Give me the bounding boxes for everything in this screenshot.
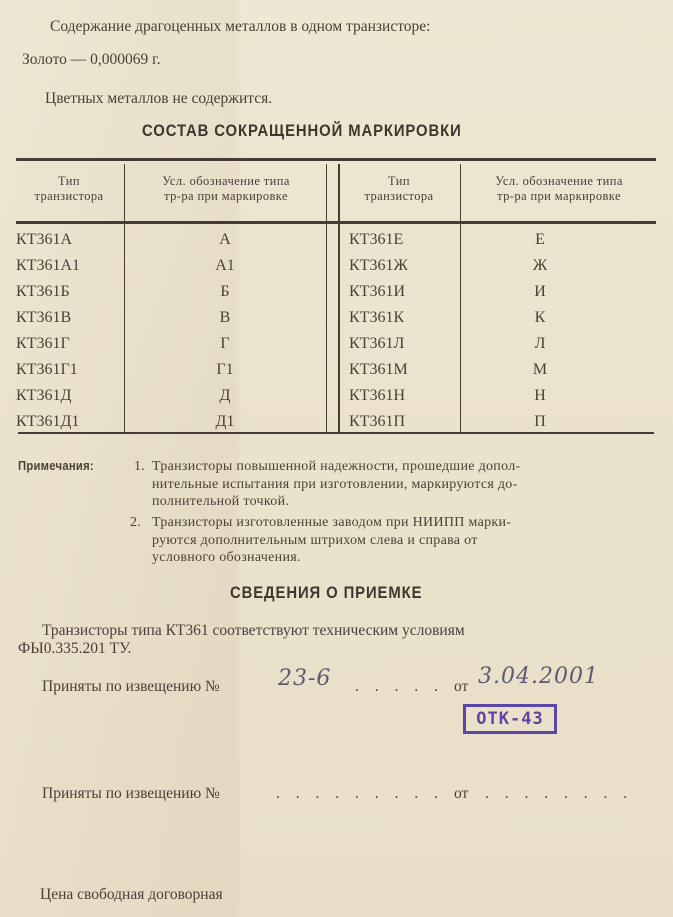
- record1-from-label: от: [454, 678, 468, 696]
- header-text: Усл. обозначение типа: [128, 174, 324, 189]
- table-row-type: КТ361М: [349, 357, 459, 383]
- qc-stamp: ОТК-43: [463, 704, 557, 734]
- table-row-type: КТ361И: [349, 279, 459, 305]
- table-row-mark: Л: [520, 331, 560, 357]
- note-2: Транзисторы изготовленные заводом при НИ…: [152, 514, 672, 567]
- table-divider: [326, 164, 327, 432]
- gold-content: Золото — 0,000069 г.: [22, 51, 161, 69]
- table-row-type: КТ361Д: [16, 383, 126, 409]
- table-row-mark: И: [520, 279, 560, 305]
- record2-date-field[interactable]: . . . . . . . .: [485, 785, 633, 803]
- table-row-type: КТ361Г1: [16, 357, 126, 383]
- table-row-type: КТ361Н: [349, 383, 459, 409]
- header-text: Тип: [16, 174, 122, 189]
- table-row-mark: М: [520, 357, 560, 383]
- table-row-type: КТ361Д1: [16, 409, 126, 435]
- record1-label: Приняты по извещению №: [42, 678, 220, 696]
- header-mark-right: Усл. обозначение типа тр-ра при маркиров…: [464, 174, 654, 204]
- record2-from-label: от: [454, 785, 468, 803]
- note-line: Транзисторы повышенной надежности, проше…: [152, 458, 672, 476]
- header-text: Усл. обозначение типа: [464, 174, 654, 189]
- table-row-mark: Б: [200, 279, 250, 305]
- header-text: транзистора: [342, 189, 456, 204]
- table-row-mark: В: [200, 305, 250, 331]
- acceptance-title: СВЕДЕНИЯ О ПРИЕМКЕ: [230, 584, 422, 603]
- table-row-mark: Д1: [200, 409, 250, 435]
- table-divider: [338, 164, 340, 432]
- table-row-mark: Г1: [200, 357, 250, 383]
- nonferrous-content: Цветных металлов не содержится.: [45, 90, 272, 108]
- table-row-mark: А: [200, 227, 250, 253]
- conformity-line: Транзисторы типа КТ361 соответствуют тех…: [42, 622, 465, 640]
- table-header-rule: [16, 221, 656, 224]
- table-row-mark: Н: [520, 383, 560, 409]
- note-number: 2.: [130, 514, 141, 532]
- header-text: тр-ра при маркировке: [128, 189, 324, 204]
- note-line: условного обозначения.: [152, 549, 672, 567]
- table-row-mark: Г: [200, 331, 250, 357]
- header-text: тр-ра при маркировке: [464, 189, 654, 204]
- table-top-rule: [16, 158, 656, 161]
- spec-line: ФЫ0.335.201 ТУ.: [18, 640, 131, 658]
- table-row-type: КТ361Л: [349, 331, 459, 357]
- note-line: руются дополнительным штрихом слева и сп…: [152, 532, 672, 550]
- notes-section: Примечания: 1. Транзисторы повышенной на…: [18, 458, 658, 573]
- record1-dots: . . . . .: [355, 678, 444, 696]
- table-row-mark: К: [520, 305, 560, 331]
- table-row-type: КТ361А: [16, 227, 126, 253]
- header-mark-left: Усл. обозначение типа тр-ра при маркиров…: [128, 174, 324, 204]
- table-row-mark: Е: [520, 227, 560, 253]
- table-row-mark: А1: [200, 253, 250, 279]
- table-row-mark: Д: [200, 383, 250, 409]
- price-line: Цена свободная договорная: [40, 886, 223, 904]
- header-text: Тип: [342, 174, 456, 189]
- table-row-mark: П: [520, 409, 560, 435]
- notes-label: Примечания:: [18, 458, 94, 476]
- note-line: Транзисторы изготовленные заводом при НИ…: [152, 514, 672, 532]
- table-divider: [460, 164, 461, 432]
- table-row-mark: Ж: [520, 253, 560, 279]
- header-text: транзистора: [16, 189, 122, 204]
- note-number: 1.: [134, 458, 145, 476]
- table-row-type: КТ361Е: [349, 227, 459, 253]
- table-row-type: КТ361П: [349, 409, 459, 435]
- precious-metals-heading: Содержание драгоценных металлов в одном …: [50, 18, 430, 36]
- note-1: Транзисторы повышенной надежности, проше…: [152, 458, 672, 511]
- record1-date-handwritten[interactable]: 3.04.2001: [478, 664, 599, 689]
- table-row-type: КТ361В: [16, 305, 126, 331]
- table-row-type: КТ361Г: [16, 331, 126, 357]
- record2-label: Приняты по извещению №: [42, 785, 220, 803]
- note-line: полнительной точкой.: [152, 493, 672, 511]
- record1-number-handwritten[interactable]: 23-6: [278, 666, 331, 691]
- header-type-right: Тип транзистора: [342, 174, 456, 204]
- table-row-type: КТ361Б: [16, 279, 126, 305]
- table-row-type: КТ361А1: [16, 253, 126, 279]
- table-row-type: КТ361Ж: [349, 253, 459, 279]
- marking-table-title: СОСТАВ СОКРАЩЕННОЙ МАРКИРОВКИ: [142, 122, 462, 141]
- header-type-left: Тип транзистора: [16, 174, 122, 204]
- record2-number-field[interactable]: . . . . . . . . .: [276, 785, 444, 803]
- note-line: нительные испытания при изготовлении, ма…: [152, 476, 672, 494]
- table-row-type: КТ361К: [349, 305, 459, 331]
